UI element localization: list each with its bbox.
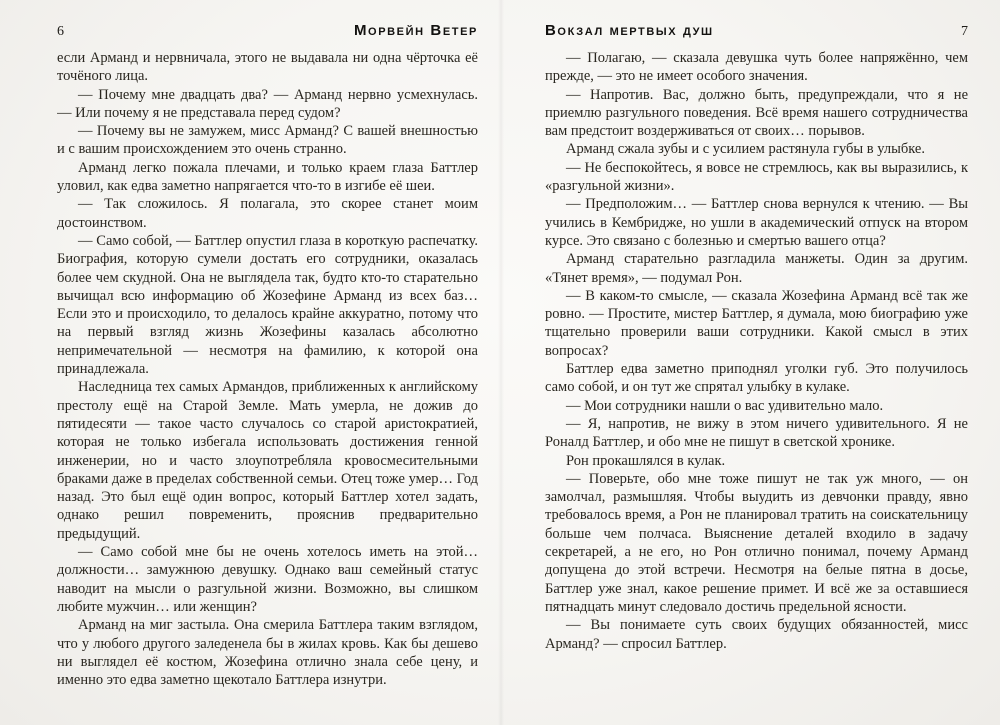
paragraph: — Так сложилось. Я полагала, это скорее … — [57, 195, 478, 232]
paragraph: — Предположим… — Баттлер снова вернулся … — [545, 195, 968, 250]
paragraph: Наследница тех самых Армандов, приближен… — [57, 378, 478, 543]
page-left-body: если Арманд и нервничала, этого не выдав… — [57, 49, 478, 711]
paragraph: — Само собой, — Баттлер опустил глаза в … — [57, 232, 478, 378]
paragraph: Арманд легко пожала плечами, и только кр… — [57, 159, 478, 196]
paragraph: Арманд на миг застыла. Она смерила Баттл… — [57, 616, 478, 689]
running-head-author: Морвейн Ветер — [354, 22, 478, 39]
paragraph: — Напротив. Вас, должно быть, предупрежд… — [545, 86, 968, 141]
paragraph: — Почему мне двадцать два? — Арманд нерв… — [57, 86, 478, 123]
page-gutter-shadow — [498, 0, 504, 725]
paragraph: Арманд старательно разгладила манжеты. О… — [545, 250, 968, 287]
running-head-title: Вокзал мертвых душ — [545, 22, 714, 39]
book-spread: 6 Морвейн Ветер если Арманд и нервничала… — [0, 0, 1000, 725]
page-number-left: 6 — [57, 24, 64, 40]
page-left: 6 Морвейн Ветер если Арманд и нервничала… — [57, 0, 478, 711]
paragraph: — Само собой мне бы не очень хотелось им… — [57, 543, 478, 616]
paragraph: Рон прокашлялся в кулак. — [545, 452, 968, 470]
paragraph: Арманд сжала зубы и с усилием растянула … — [545, 140, 968, 158]
page-number-right: 7 — [961, 24, 968, 40]
paragraph: — Не беспокойтесь, я вовсе не стремлюсь,… — [545, 159, 968, 196]
paragraph: — Я, напротив, не вижу в этом ничего уди… — [545, 415, 968, 452]
paragraph: — Мои сотрудники нашли о вас удивительно… — [545, 397, 968, 415]
paragraph: — В каком-то смысле, — сказала Жозефина … — [545, 287, 968, 360]
page-right-header: Вокзал мертвых душ 7 — [545, 22, 968, 42]
paragraph: Баттлер едва заметно приподнял уголки гу… — [545, 360, 968, 397]
page-right: Вокзал мертвых душ 7 — Полагаю, — сказал… — [545, 0, 968, 711]
paragraph: — Поверьте, обо мне тоже пишут не так уж… — [545, 470, 968, 616]
paragraph: — Почему вы не замужем, мисс Арманд? С в… — [57, 122, 478, 159]
paragraph: — Полагаю, — сказала девушка чуть более … — [545, 49, 968, 86]
page-right-body: — Полагаю, — сказала девушка чуть более … — [545, 49, 968, 711]
paragraph: — Вы понимаете суть своих будущих обязан… — [545, 616, 968, 653]
paragraph: если Арманд и нервничала, этого не выдав… — [57, 49, 478, 86]
page-left-header: 6 Морвейн Ветер — [57, 22, 478, 42]
